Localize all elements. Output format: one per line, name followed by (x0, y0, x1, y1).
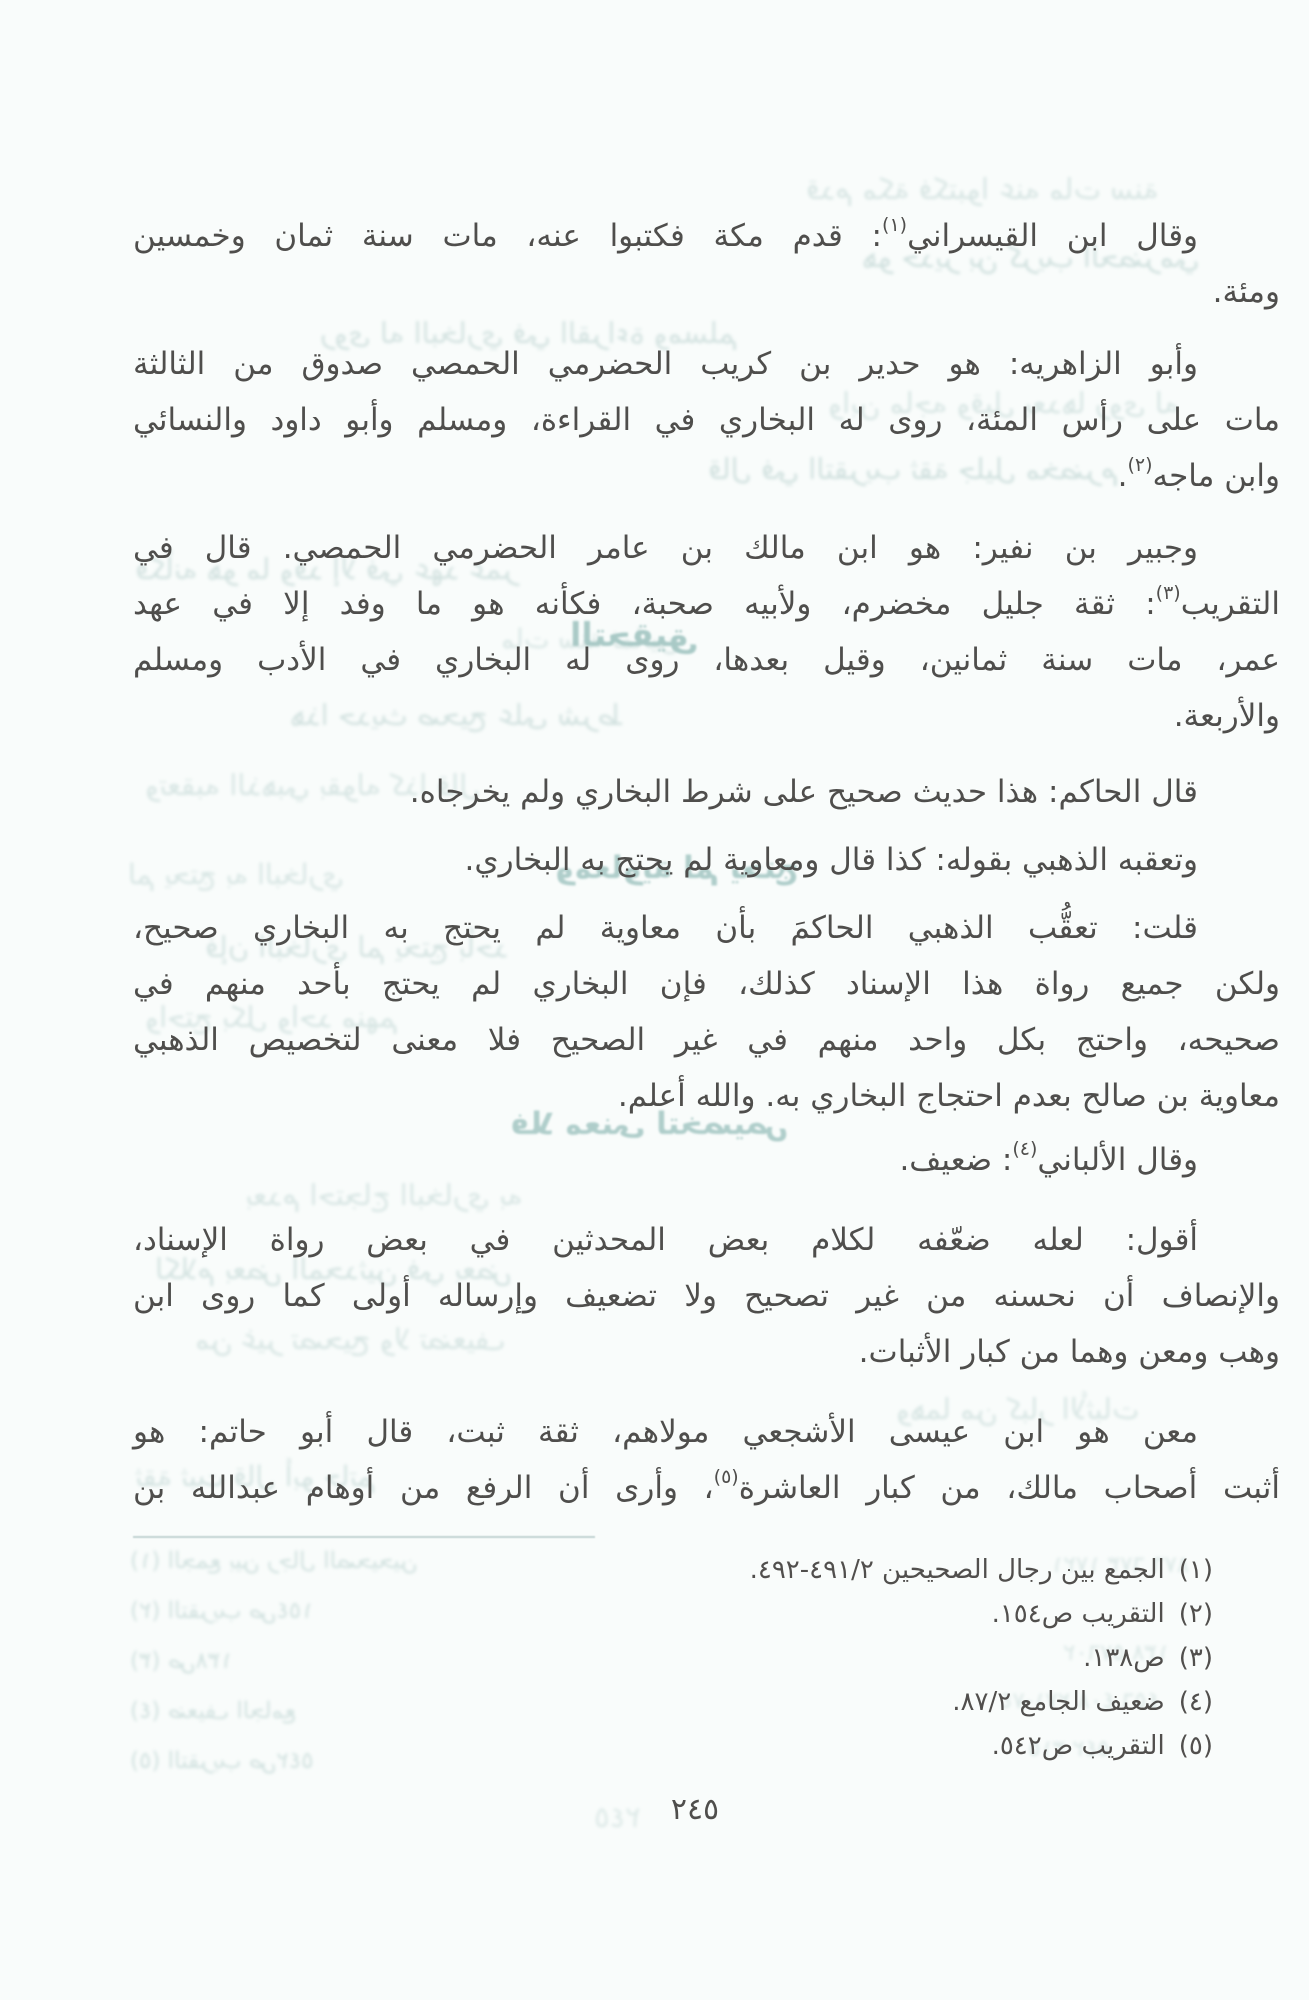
footnote-marker: (٥) (1179, 1731, 1213, 1761)
footnote: (٥)التقريب ص٥٤٢. (138, 1724, 1213, 1768)
footnote: (١)الجمع بين رجال الصحيحين ٤٩١/٢-٤٩٢. (138, 1548, 1213, 1592)
footnote-ref-2: (٢) (1127, 454, 1152, 476)
line-text: وابن ماجه (1153, 458, 1281, 494)
footnote-ref-4: (٤) (1012, 1138, 1037, 1160)
body-text: وقال ابن القيسراني(١): قدم مكة فكتبوا عن… (133, 200, 1280, 1516)
footnote: (٤)ضعيف الجامع ٨٧/٢. (138, 1680, 1213, 1724)
text-line: والأربعة. (133, 688, 1280, 744)
footnote-marker: (١) (1179, 1555, 1213, 1585)
text-line: أثبت أصحاب مالك، من كبار العاشرة(٥)، وأر… (133, 1460, 1280, 1516)
footnote-ref-3: (٣) (1156, 582, 1181, 604)
text-line: والإنصاف أن نحسنه من غير تصحيح ولا تضعيف… (133, 1268, 1280, 1324)
line-text: ، وأرى أن الرفع من أوهام عبدالله بن (133, 1470, 714, 1506)
footnote-marker: (٣) (1179, 1643, 1213, 1673)
footnote-text: الجمع بين رجال الصحيحين ٤٩١/٢-٤٩٢. (750, 1555, 1165, 1585)
text-line: وقال الألباني(٤): ضعيف. (133, 1132, 1280, 1188)
text-line: عمر، مات سنة ثمانين، وقيل بعدها، روى له … (133, 632, 1280, 688)
footnote-marker: (٤) (1179, 1687, 1213, 1717)
line-text: التقريب (1181, 586, 1280, 622)
line-text: : قدم مكة فكتبوا عنه، مات سنة ثمان وخمسي… (133, 218, 882, 254)
text-line: معن هو ابن عيسى الأشجعي مولاهم، ثقة ثبت،… (133, 1404, 1280, 1460)
text-line: ولكن جميع رواة هذا الإسناد كذلك، فإن الب… (133, 956, 1280, 1012)
footnote-ref-1: (١) (882, 214, 907, 236)
footnote: (٢)التقريب ص١٥٤. (138, 1592, 1213, 1636)
footnote-marker: (٢) (1179, 1599, 1213, 1629)
text-line: التقريب(٣): ثقة جليل مخضرم، ولأبيه صحبة،… (133, 576, 1280, 632)
footnote-text: ضعيف الجامع ٨٧/٢. (952, 1687, 1164, 1717)
text-line: وابن ماجه(٢). (133, 448, 1280, 504)
line-text: : ثقة جليل مخضرم، ولأبيه صحبة، فكأنه هو … (133, 586, 1156, 622)
scanned-page: قدم مكة فكتبوا عنه مات سنة هو حدير بن كر… (0, 0, 1309, 2000)
line-text: أثبت أصحاب مالك، من كبار العاشرة (739, 1470, 1280, 1506)
text-line: وقال ابن القيسراني(١): قدم مكة فكتبوا عن… (133, 208, 1280, 264)
text-line: وأبو الزاهريه: هو حدير بن كريب الحضرمي ا… (133, 336, 1280, 392)
footnote-ref-5: (٥) (714, 1466, 739, 1488)
bleedthrough-rule (133, 1536, 595, 1538)
text-line: صحيحه، واحتج بكل واحد منهم في غير الصحيح… (133, 1012, 1280, 1068)
line-text: وقال الألباني (1037, 1142, 1198, 1178)
text-line: أقول: لعله ضعّفه لكلام بعض المحدثين في ب… (133, 1212, 1280, 1268)
text-line: وجبير بن نفير: هو ابن مالك بن عامر الحضر… (133, 520, 1280, 576)
footnote-separator (843, 1524, 1233, 1527)
footnote-text: التقريب ص١٥٤. (992, 1599, 1165, 1629)
footnote-text: التقريب ص٥٤٢. (992, 1731, 1165, 1761)
page-number: ٢٤٥ (615, 1792, 775, 1827)
footnote-text: ص١٣٨. (1083, 1643, 1165, 1673)
text-line: وهب ومعن وهما من كبار الأثبات. (133, 1324, 1280, 1380)
text-line: مات على رأس المئة، روى له البخاري في الق… (133, 392, 1280, 448)
line-text: . (1118, 458, 1128, 494)
line-text: : ضعيف. (899, 1142, 1012, 1178)
text-line: قلت: تعقُّب الذهبي الحاكمَ بأن معاوية لم… (133, 900, 1280, 956)
text-line: وتعقبه الذهبي بقوله: كذا قال ومعاوية لم … (133, 832, 1280, 888)
footnotes: (١)الجمع بين رجال الصحيحين ٤٩١/٢-٤٩٢. (٢… (138, 1548, 1213, 1768)
text-line: قال الحاكم: هذا حديث صحيح على شرط البخار… (133, 764, 1280, 820)
text-line: معاوية بن صالح بعدم احتجاج البخاري به. و… (133, 1068, 1280, 1124)
footnote: (٣)ص١٣٨. (138, 1636, 1213, 1680)
text-line: ومئة. (133, 264, 1280, 320)
line-text: وقال ابن القيسراني (907, 218, 1198, 254)
